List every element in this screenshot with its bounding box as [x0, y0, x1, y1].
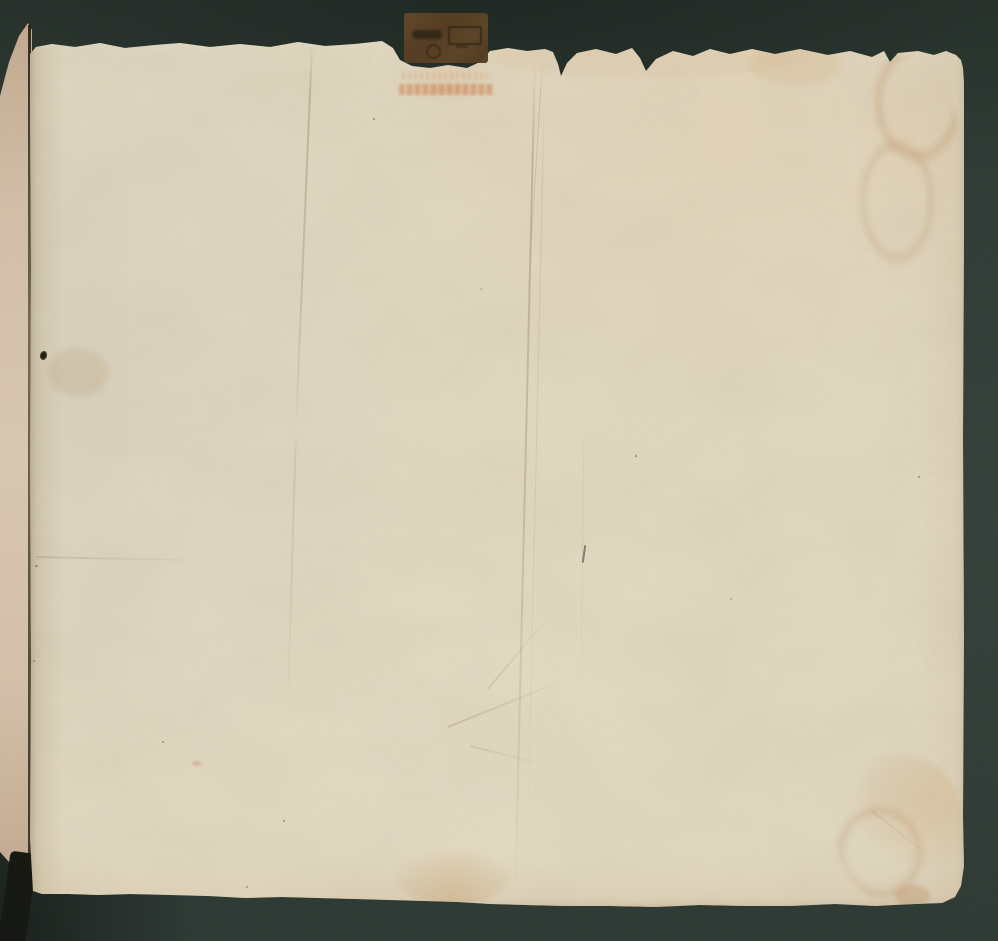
paper-speck [480, 288, 482, 290]
grain-rect [30, 38, 964, 908]
stain-gutter-middle [48, 348, 108, 396]
paper-speck [730, 598, 732, 600]
paper-speck [283, 820, 285, 822]
scanned-book-photo [0, 0, 998, 941]
stain-top-edge-right [750, 45, 840, 85]
paper-speck [33, 660, 35, 662]
stamp-tick-mark [456, 45, 468, 48]
paper-speck [373, 118, 375, 120]
stamp-text-impression-lower [399, 84, 493, 95]
pink-smudge [192, 761, 202, 766]
paper-speck [918, 476, 920, 478]
stain-bottom-center [395, 850, 510, 905]
blank-book-page [30, 38, 964, 908]
paper-speck [162, 741, 164, 743]
library-stamp [404, 13, 488, 63]
stamp-text-impression-upper [402, 72, 488, 79]
paper-mottle-texture [30, 38, 964, 908]
stamp-ring-mark [426, 44, 441, 59]
stamp-ink-bleed [396, 60, 496, 102]
stamp-glyph-mark [412, 30, 442, 39]
paper-speck [246, 886, 248, 888]
paper-speck [35, 565, 38, 567]
paper-speck [635, 455, 637, 457]
water-stain-top-right [855, 55, 960, 270]
stamp-box-mark [448, 26, 482, 45]
stain-bottom-right-flap [895, 885, 930, 907]
